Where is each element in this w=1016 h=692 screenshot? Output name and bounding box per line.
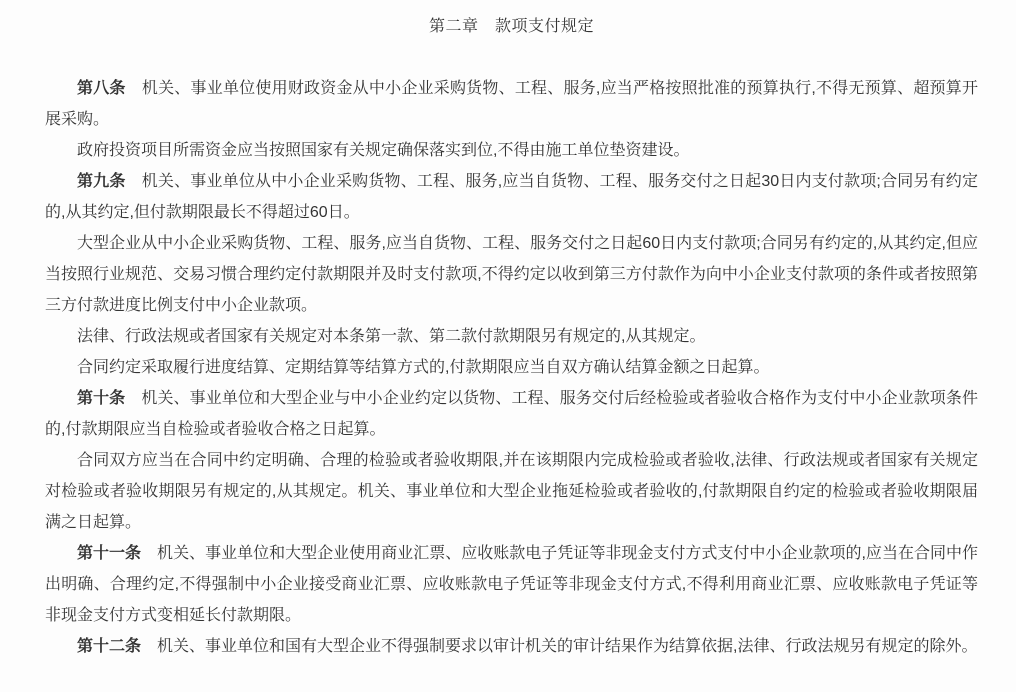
- article-text: 合同约定采取履行进度结算、定期结算等结算方式的,付款期限应当自双方确认结算金额之…: [77, 359, 769, 376]
- article-text: 机关、事业单位和大型企业使用商业汇票、应收账款电子凭证等非现金支付方式支付中小企…: [45, 545, 978, 624]
- article-text: 机关、事业单位和国有大型企业不得强制要求以审计机关的审计结果作为结算依据,法律、…: [141, 638, 977, 655]
- article-paragraph: 第十二条 机关、事业单位和国有大型企业不得强制要求以审计机关的审计结果作为结算依…: [45, 631, 978, 662]
- article-paragraph: 政府投资项目所需资金应当按照国家有关规定确保落实到位,不得由施工单位垫资建设。: [45, 135, 978, 166]
- article-text: 合同双方应当在合同中约定明确、合理的检验或者验收期限,并在该期限内完成检验或者验…: [45, 452, 978, 531]
- article-paragraph: 法律、行政法规或者国家有关规定对本条第一款、第二款付款期限另有规定的,从其规定。: [45, 321, 978, 352]
- document-page: 第二章 款项支付规定 第八条 机关、事业单位使用财政资金从中小企业采购货物、工程…: [0, 0, 1016, 692]
- document-body: 第八条 机关、事业单位使用财政资金从中小企业采购货物、工程、服务,应当严格按照批…: [45, 73, 978, 662]
- article-number-label: 第十条: [77, 390, 125, 407]
- article-text: 机关、事业单位从中小企业采购货物、工程、服务,应当自货物、工程、服务交付之日起3…: [45, 173, 978, 221]
- article-number-label: 第十二条: [77, 638, 141, 655]
- article-number-label: 第九条: [77, 173, 126, 190]
- article-paragraph: 第八条 机关、事业单位使用财政资金从中小企业采购货物、工程、服务,应当严格按照批…: [45, 73, 978, 135]
- chapter-title: 第二章 款项支付规定: [45, 11, 978, 43]
- article-number-label: 第十一条: [77, 545, 141, 562]
- article-paragraph: 第九条 机关、事业单位从中小企业采购货物、工程、服务,应当自货物、工程、服务交付…: [45, 166, 978, 228]
- article-text: 法律、行政法规或者国家有关规定对本条第一款、第二款付款期限另有规定的,从其规定。: [77, 328, 705, 345]
- article-paragraph: 大型企业从中小企业采购货物、工程、服务,应当自货物、工程、服务交付之日起60日内…: [45, 228, 978, 321]
- article-text: 机关、事业单位和大型企业与中小企业约定以货物、工程、服务交付后经检验或者验收合格…: [45, 390, 978, 438]
- article-paragraph: 第十一条 机关、事业单位和大型企业使用商业汇票、应收账款电子凭证等非现金支付方式…: [45, 538, 978, 631]
- article-paragraph: 合同约定采取履行进度结算、定期结算等结算方式的,付款期限应当自双方确认结算金额之…: [45, 352, 978, 383]
- article-paragraph: 合同双方应当在合同中约定明确、合理的检验或者验收期限,并在该期限内完成检验或者验…: [45, 445, 978, 538]
- article-text: 机关、事业单位使用财政资金从中小企业采购货物、工程、服务,应当严格按照批准的预算…: [45, 80, 978, 128]
- article-text: 政府投资项目所需资金应当按照国家有关规定确保落实到位,不得由施工单位垫资建设。: [77, 142, 689, 159]
- article-number-label: 第八条: [77, 80, 126, 97]
- article-text: 大型企业从中小企业采购货物、工程、服务,应当自货物、工程、服务交付之日起60日内…: [45, 235, 978, 314]
- article-paragraph: 第十条 机关、事业单位和大型企业与中小企业约定以货物、工程、服务交付后经检验或者…: [45, 383, 978, 445]
